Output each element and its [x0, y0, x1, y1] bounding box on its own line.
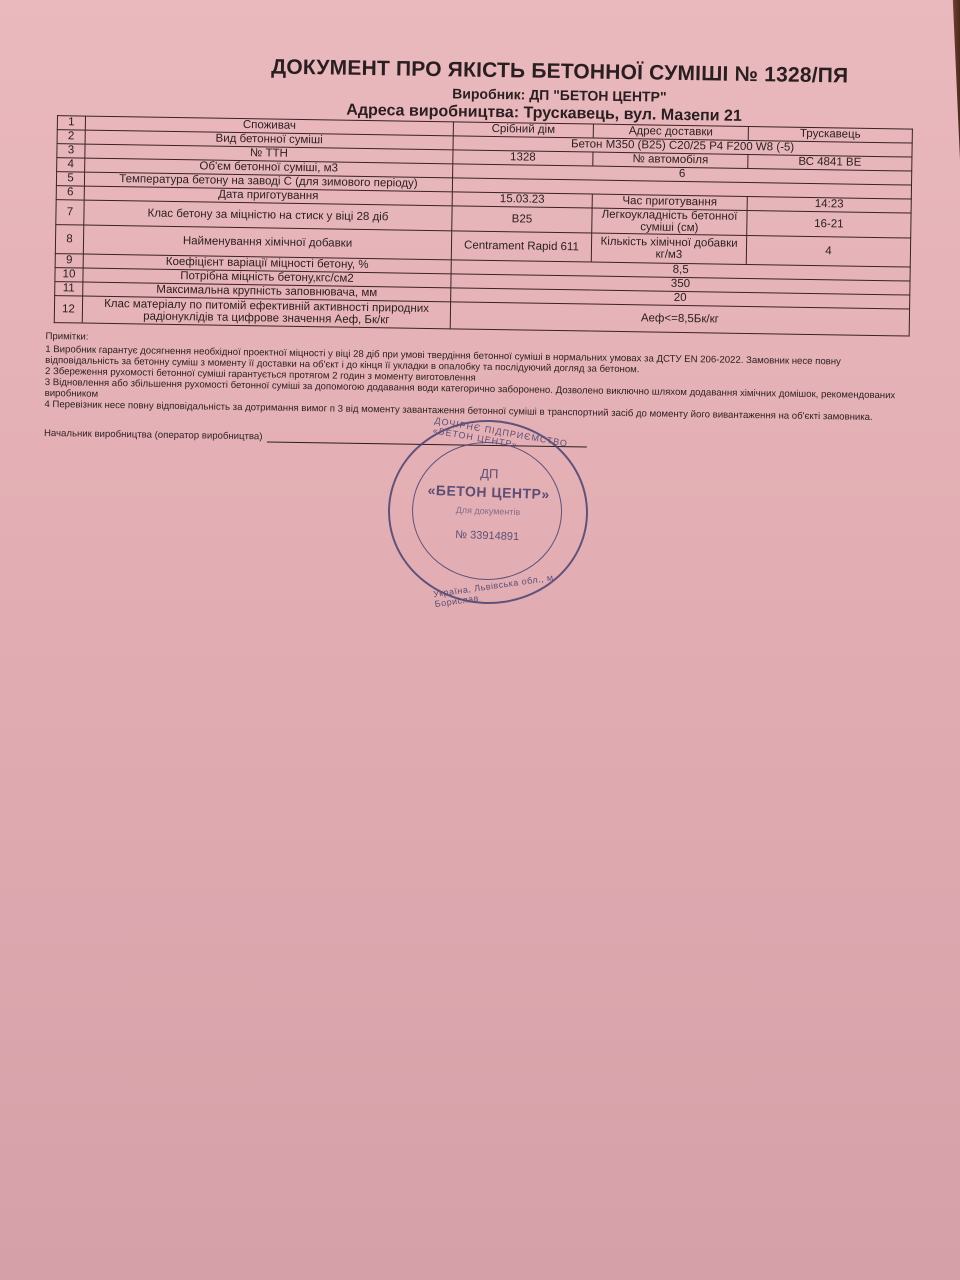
row-number: 1 — [57, 116, 85, 130]
row-value-secondary: 4 — [746, 235, 910, 267]
row-label-secondary: Легкоукладність бетонної суміші (см) — [592, 208, 747, 235]
row-number: 10 — [55, 268, 83, 282]
table-edge-background — [948, 0, 960, 160]
row-number: 3 — [57, 144, 85, 158]
row-number: 12 — [54, 296, 82, 323]
quality-table: 1 Споживач Срібний дім Адрес доставки Тр… — [54, 115, 913, 336]
paper-sheet: ДОКУМЕНТ ПРО ЯКІСТЬ БЕТОННОЇ СУМІШІ № 13… — [0, 0, 960, 1280]
quality-document: ДОКУМЕНТ ПРО ЯКІСТЬ БЕТОННОЇ СУМІШІ № 13… — [44, 52, 920, 453]
row-number: 4 — [57, 158, 85, 172]
row-value: Centrament Rapid 611 — [451, 231, 591, 262]
row-number: 7 — [56, 200, 84, 225]
company-stamp: ДОЧІРНЄ ПІДПРИЄМСТВО «БЕТОН ЦЕНТР» ДП «Б… — [385, 417, 591, 608]
row-number: 2 — [57, 130, 85, 144]
row-number: 8 — [55, 225, 83, 254]
row-number: 11 — [55, 282, 83, 296]
row-value-secondary: 16-21 — [747, 210, 911, 238]
notes-section: Примітки: 1 Виробник гарантує досягнення… — [44, 331, 905, 423]
row-label: Клас матеріалу по питомій ефективній акт… — [82, 296, 450, 329]
row-label-secondary: Кількість хімічної добавки кг/м3 — [591, 233, 746, 264]
row-number: 9 — [55, 254, 83, 268]
signature-label: Начальник виробництва (оператор виробниц… — [44, 428, 263, 442]
row-number: 6 — [56, 186, 84, 200]
row-number: 5 — [56, 172, 84, 186]
row-value: Аеф<=8,5Бк/кг — [450, 302, 909, 336]
row-value: В25 — [452, 206, 592, 233]
